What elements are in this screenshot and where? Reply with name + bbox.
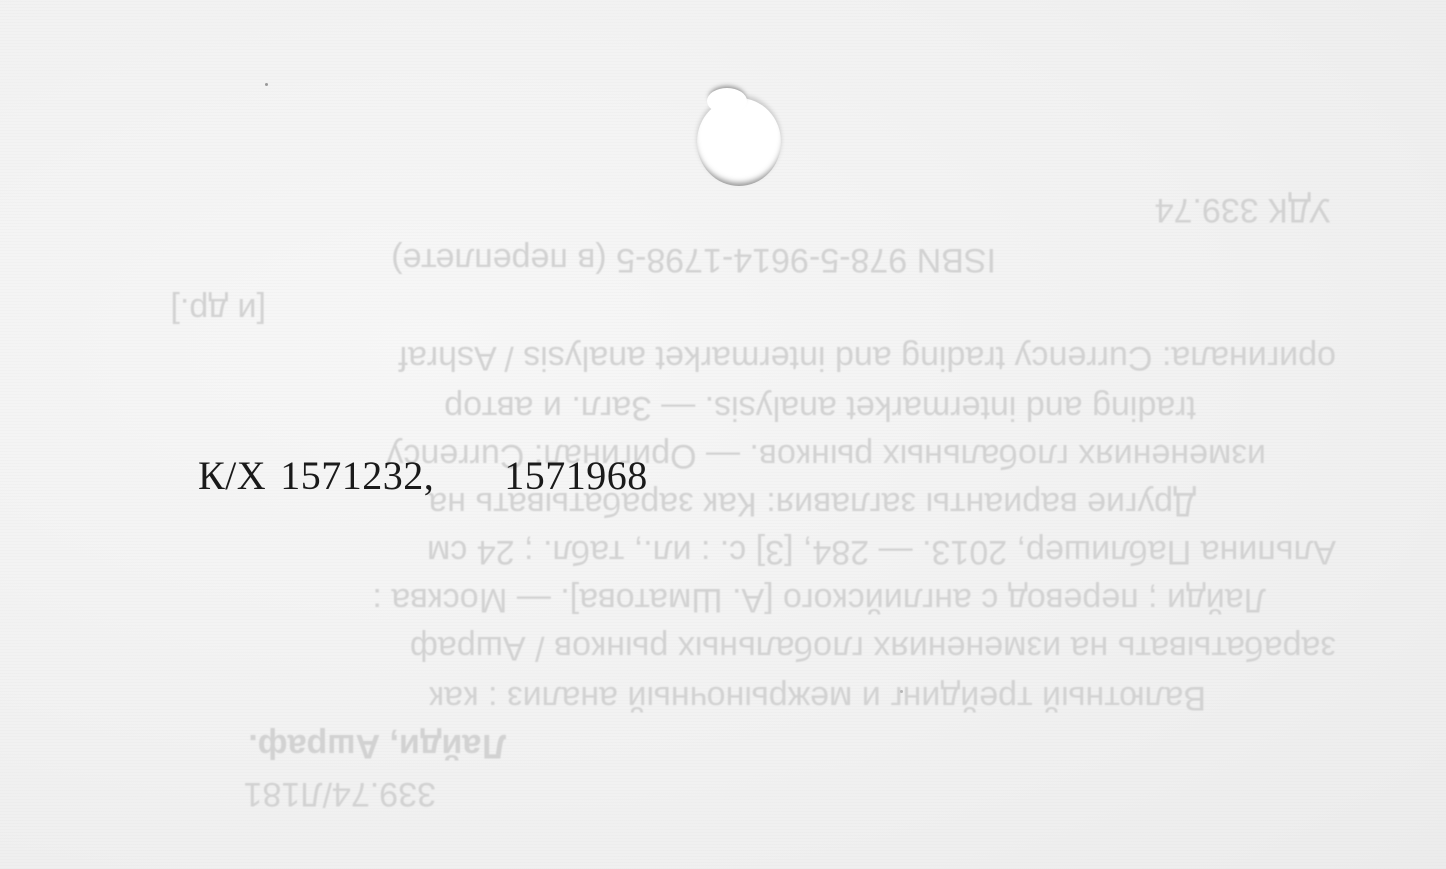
inventory-numbers: К/Х1571232,1571968 [198,452,648,499]
paper-speck [265,83,268,86]
bleed-line-etal: [и др.] [170,290,266,329]
bleed-line-title-note: trading and intermarket analysis. — Загл… [444,388,1196,427]
bleed-line-shelfmark: 339.74/Л181 [244,774,436,813]
inventory-number-2: 1571968 [504,453,648,498]
bleed-line-title: Валютный трейдинг и межрыночный анализ :… [429,678,1206,717]
bleed-line-isbn: ISBN 978-5-9614-1798-5 (в переплете) [391,240,996,279]
inventory-label: К/Х [198,453,266,498]
bleed-line-author: Лайди, Ашраф. [248,726,506,765]
catalog-card: УДК 339.74 ISBN 978-5-9614-1798-5 (в пер… [0,0,1446,869]
bleed-line-translator: Лайди ; перевод с английского [А. Шматов… [372,580,1266,619]
paper-speck [900,690,903,693]
bleed-line-publisher: Альпина Паблишер, 2013. — 284, [3] с. : … [427,532,1336,571]
bleed-line-subtitle: зарабатывать на изменениях глобальных ры… [410,628,1336,667]
bleed-line-udk: УДК 339.74 [1155,190,1331,229]
inventory-number-1: 1571232, [280,453,434,498]
bleed-line-original-title: оригинала: Currency trading and intermar… [398,338,1336,377]
punch-hole [697,98,781,186]
